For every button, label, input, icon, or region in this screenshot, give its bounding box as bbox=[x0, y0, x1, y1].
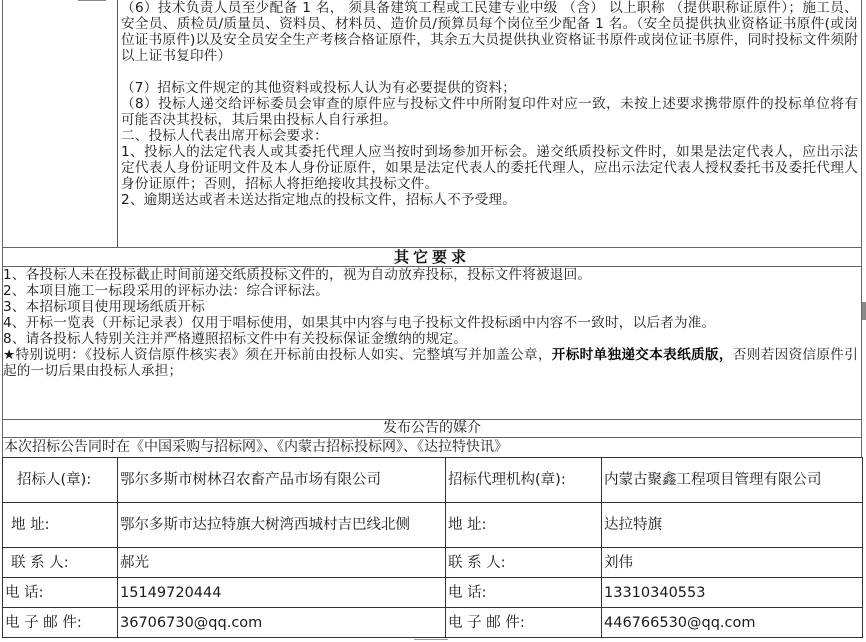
requirements-label-cell bbox=[3, 0, 118, 247]
agency-email[interactable]: 446766530@qq.com bbox=[602, 608, 863, 638]
agency-phone-label: 电 话: bbox=[446, 578, 602, 608]
agency-address: 达拉特旗 bbox=[602, 503, 863, 548]
other-requirements-title: 其它要求 bbox=[2, 248, 862, 267]
special-note-prefix: ★特别说明：《投标人资信原件核实表》须在开标前由投标人如实、完整填写并加盖公章， bbox=[3, 347, 552, 363]
contacts-row-person: 联 系 人: 郝光 联 系 人: 刘伟 bbox=[3, 548, 863, 578]
agency-email-label: 电 子 邮 件: bbox=[446, 608, 602, 638]
other-item-2: 2、本项目施工一标段采用的评标办法：综合评标法。 bbox=[3, 283, 858, 299]
representative-rule-1: 1、投标人的法定代表人或其委托代理人应当按时到场参加开标会。递交纸质投标文件时，… bbox=[121, 144, 858, 192]
special-note: ★特别说明：《投标人资信原件核实表》须在开标前由投标人如实、完整填写并加盖公章，… bbox=[3, 347, 858, 379]
special-note-bold: 开标时单独递交本表纸质版， bbox=[552, 347, 733, 363]
agency-phone: 13310340553 bbox=[602, 578, 863, 608]
other-item-1: 1、各投标人未在投标截止时间前递交纸质投标文件的，视为自动放弃投标，投标文件将被… bbox=[3, 267, 858, 283]
qualification-requirements-table: （6）技术负责人员至少配备 1 名， 须具备建筑工程或工民建专业中级 （含） 以… bbox=[2, 0, 862, 248]
media-statement: 本次招标公告同时在《中国采购与招标网》、《内蒙古招标投标网》、《达拉特快讯》 bbox=[2, 438, 862, 457]
other-requirements-body: 1、各投标人未在投标截止时间前递交纸质投标文件的，视为自动放弃投标，投标文件将被… bbox=[2, 267, 862, 420]
requirement-item-6: （6）技术负责人员至少配备 1 名， 须具备建筑工程或工民建专业中级 （含） 以… bbox=[121, 0, 858, 64]
tenderer-label: 招标人(章): bbox=[3, 458, 118, 503]
agency-name: 内蒙古聚鑫工程项目管理有限公司 bbox=[602, 458, 863, 503]
tenderer-email-label: 电 子 邮 件: bbox=[3, 608, 118, 638]
media-section-title: 发布公告的媒介 bbox=[2, 420, 862, 438]
requirements-content-cell: （6）技术负责人员至少配备 1 名， 须具备建筑工程或工民建专业中级 （含） 以… bbox=[119, 0, 861, 247]
other-item-4: 4、开标一览表（开标记录表）仅用于唱标使用，如果其中内容与电子投标文件投标函中内… bbox=[3, 315, 858, 331]
representative-heading: 二、投标人代表出席开标会要求： bbox=[121, 128, 858, 144]
tenderer-contact-label: 联 系 人: bbox=[3, 548, 118, 578]
tenderer-address: 鄂尔多斯市达拉特旗大树湾西城村吉巴线北侧 bbox=[118, 503, 446, 548]
agency-contact: 刘伟 bbox=[602, 548, 863, 578]
requirement-item-8: （8）投标人递交给评标委员会审查的原件应与投标文件中所附复印件对应一致，未按上述… bbox=[121, 96, 858, 128]
tenderer-name: 鄂尔多斯市树林召农畜产品市场有限公司 bbox=[118, 458, 446, 503]
agency-address-label: 地 址: bbox=[446, 503, 602, 548]
tenderer-contact: 郝光 bbox=[118, 548, 446, 578]
tenderer-phone-label: 电 话: bbox=[3, 578, 118, 608]
contacts-row-email: 电 子 邮 件: 36706730@qq.com 电 子 邮 件: 446766… bbox=[3, 608, 863, 638]
contacts-row-phone: 电 话: 15149720444 电 话: 13310340553 bbox=[3, 578, 863, 608]
agency-contact-label: 联 系 人: bbox=[446, 548, 602, 578]
other-item-8: 8、请各投标人特别关注并严格遵照招标文件中有关投标保证金缴纳的规定。 bbox=[3, 331, 858, 347]
requirement-item-7: （7）招标文件规定的其他资料或投标人认为有必要提供的资料； bbox=[121, 80, 858, 96]
spacer bbox=[121, 64, 858, 80]
tenderer-address-label: 地 址: bbox=[3, 503, 118, 548]
tenderer-phone: 15149720444 bbox=[118, 578, 446, 608]
other-item-3: 3、本招标项目使用现场纸质开标 bbox=[3, 299, 858, 315]
contacts-table: 招标人(章): 鄂尔多斯市树林召农畜产品市场有限公司 招标代理机构(章): 内蒙… bbox=[2, 457, 863, 638]
tender-notice-page: （6）技术负责人员至少配备 1 名， 须具备建筑工程或工民建专业中级 （含） 以… bbox=[0, 0, 866, 642]
scrollbar-thumb[interactable] bbox=[862, 302, 866, 320]
agency-label: 招标代理机构(章): bbox=[446, 458, 602, 503]
contacts-row-address: 地 址: 鄂尔多斯市达拉特旗大树湾西城村吉巴线北侧 地 址: 达拉特旗 bbox=[3, 503, 863, 548]
tenderer-email[interactable]: 36706730@qq.com bbox=[118, 608, 446, 638]
representative-rule-2: 2、逾期送达或者未送达指定地点的投标文件，招标人不予受理。 bbox=[121, 192, 858, 208]
contacts-row-name: 招标人(章): 鄂尔多斯市树林召农畜产品市场有限公司 招标代理机构(章): 内蒙… bbox=[3, 458, 863, 503]
